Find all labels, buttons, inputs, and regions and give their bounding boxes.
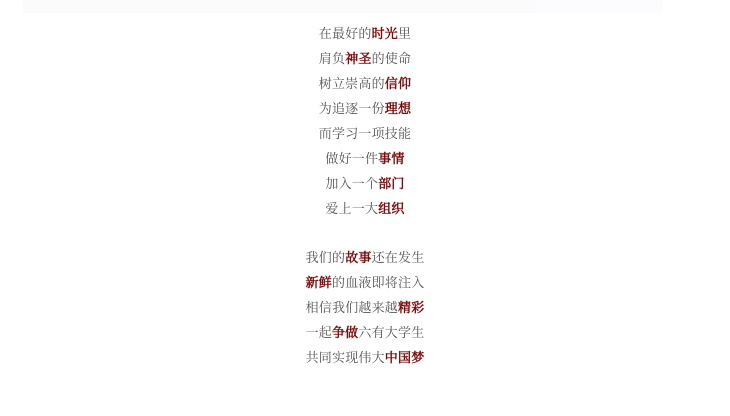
line-highlight: 新鲜: [306, 276, 332, 291]
poem-line: 一起争做六有大学生: [0, 321, 730, 346]
line-text: 在最好的: [319, 27, 372, 42]
line-highlight: 故事: [345, 251, 371, 266]
line-text: 肩负: [319, 52, 345, 67]
poem-line: 共同实现伟大中国梦: [0, 346, 730, 371]
line-text: 共同实现伟大: [306, 351, 385, 366]
line-text: 爱上一大: [325, 202, 378, 217]
line-text: 做好一件: [325, 152, 378, 167]
line-text: 为追逐一份: [319, 102, 385, 117]
line-highlight: 部门: [378, 177, 404, 192]
line-text: 而学习一项技能: [319, 127, 411, 142]
line-text: 的血液即将注入: [332, 276, 424, 291]
poem-line: 树立崇高的信仰: [0, 72, 730, 97]
poem-line: 我们的故事还在发生: [0, 246, 730, 271]
line-text: 我们的: [306, 251, 346, 266]
line-highlight: 信仰: [385, 77, 411, 92]
poem-line: 在最好的时光里: [0, 22, 730, 47]
line-highlight: 组织: [378, 202, 404, 217]
line-text: 还在发生: [372, 251, 425, 266]
line-text: 六有大学生: [358, 326, 424, 341]
line-highlight: 事情: [378, 152, 404, 167]
poem-line: 肩负神圣的使命: [0, 47, 730, 72]
top-banner-accent: [535, 0, 663, 13]
line-text: 树立崇高的: [319, 77, 385, 92]
poem-line: 相信我们越来越精彩: [0, 296, 730, 321]
line-text: 的使命: [372, 52, 412, 67]
poem-line: 为追逐一份理想: [0, 97, 730, 122]
poem-line: 而学习一项技能: [0, 122, 730, 147]
line-highlight: 时光: [372, 27, 398, 42]
line-text: 加入一个: [325, 177, 378, 192]
poem-stanza-2: 我们的故事还在发生 新鲜的血液即将注入 相信我们越来越精彩 一起争做六有大学生 …: [0, 246, 730, 371]
line-text: 一起: [306, 326, 332, 341]
top-banner-strip: [23, 0, 663, 13]
line-highlight: 神圣: [345, 52, 371, 67]
poem-line: 做好一件事情: [0, 147, 730, 172]
line-highlight: 理想: [385, 102, 411, 117]
poem-line: 加入一个部门: [0, 172, 730, 197]
line-text: 里: [398, 27, 411, 42]
poem-line: 爱上一大组织: [0, 197, 730, 222]
line-highlight: 精彩: [398, 301, 424, 316]
line-highlight: 中国梦: [385, 351, 425, 366]
line-text: 相信我们越来越: [306, 301, 398, 316]
poem-line: 新鲜的血液即将注入: [0, 271, 730, 296]
poem-stanza-1: 在最好的时光里 肩负神圣的使命 树立崇高的信仰 为追逐一份理想 而学习一项技能 …: [0, 22, 730, 222]
line-highlight: 争做: [332, 326, 358, 341]
